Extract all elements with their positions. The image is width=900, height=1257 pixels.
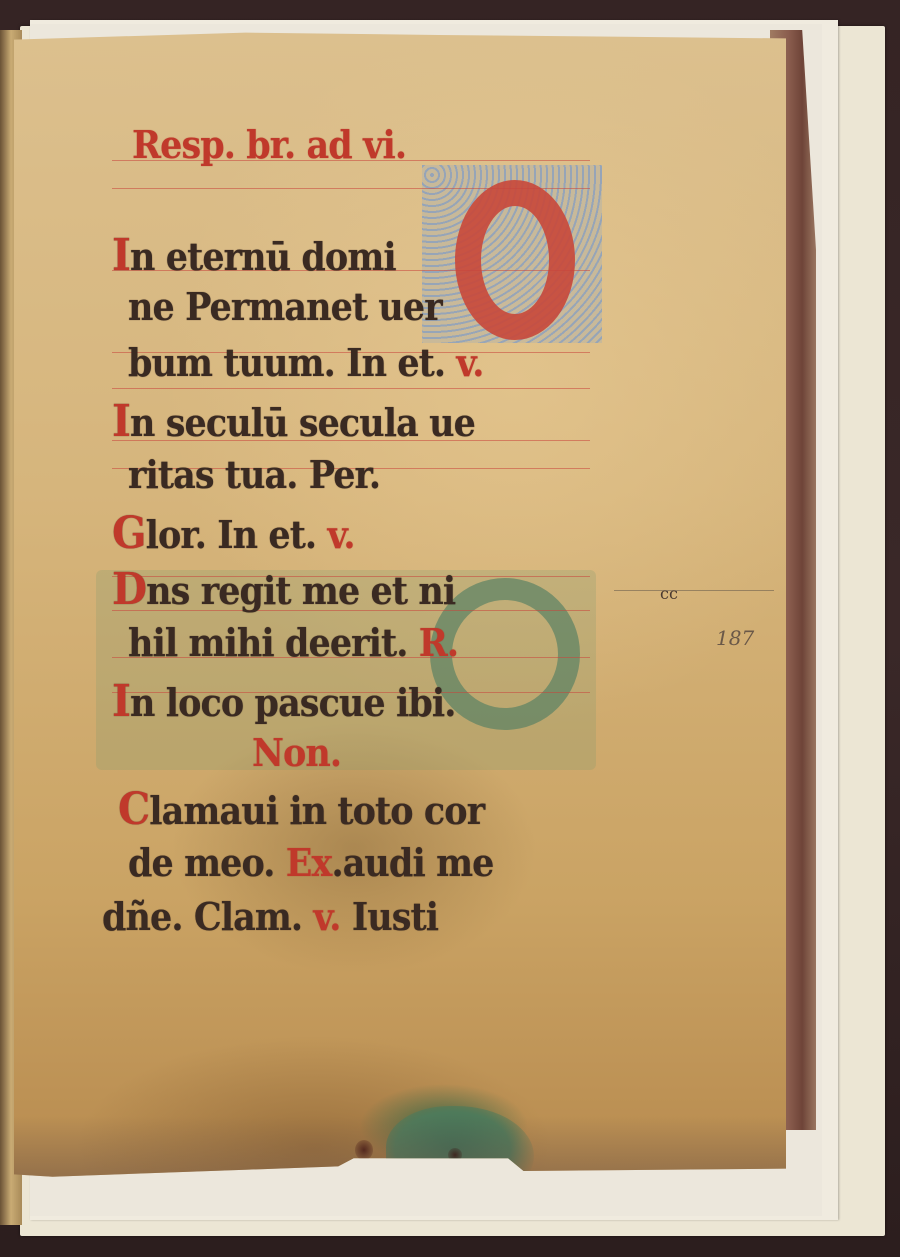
text-line: Dns regit me et ni: [112, 564, 455, 615]
line-text: bum tuum. In et.: [128, 340, 445, 385]
text-line: de meo. Ex.audi me: [128, 840, 493, 885]
line-text: Resp. br. ad vi.: [132, 122, 406, 167]
ruling-line: [112, 388, 590, 389]
line-text: n eternū domi: [130, 234, 396, 279]
line-text: hil mihi deerit.: [128, 620, 408, 665]
rubric-heading: Non.: [252, 730, 341, 775]
rubric-initial: I: [112, 230, 130, 281]
line-text: n loco pascue ibi.: [130, 680, 455, 725]
ruling-line: [112, 188, 590, 189]
line-text: Iusti: [352, 894, 438, 939]
margin-ruling: [614, 590, 774, 591]
line-text: Non.: [252, 730, 341, 775]
line-text: ritas tua. Per.: [128, 452, 380, 497]
text-line: Glor. In et. v.: [112, 508, 355, 559]
rubric-initial: Ex: [286, 840, 332, 885]
text-line: ritas tua. Per.: [128, 452, 380, 497]
rubric-initial: D: [112, 564, 146, 615]
text-line: Clamaui in toto cor: [118, 784, 484, 835]
line-text: lor. In et.: [146, 512, 317, 557]
text-line: ne Permanet uer: [128, 284, 442, 329]
line-text: lamaui in toto cor: [149, 788, 484, 833]
rubric-initial: C: [118, 784, 149, 835]
text-line: hil mihi deerit. R.: [128, 620, 458, 665]
line-text: ne Permanet uer: [128, 284, 442, 329]
versicle-mark: v.: [313, 894, 340, 939]
rubric-initial: I: [112, 676, 130, 727]
text-line: bum tuum. In et. v.: [128, 340, 484, 385]
line-text: n seculū secula ue: [130, 400, 475, 445]
text-line: dñe. Clam. v. Iusti: [102, 894, 438, 939]
marginal-note: cc: [660, 584, 678, 603]
dark-stain: [355, 1140, 373, 1160]
line-text: de meo.: [128, 840, 275, 885]
rubric-initial: G: [112, 508, 146, 559]
text-line: In seculū secula ue: [112, 396, 475, 447]
versicle-mark: v.: [327, 512, 354, 557]
text-block: Resp. br. ad vi. In eternū domi ne Perma…: [112, 112, 592, 942]
folio-number: 187: [716, 626, 754, 650]
response-mark: R.: [419, 620, 458, 665]
rubric-initial: I: [112, 396, 130, 447]
text-line: In eternū domi: [112, 230, 396, 281]
text-line: In loco pascue ibi.: [112, 676, 456, 727]
rubric-heading: Resp. br. ad vi.: [132, 122, 406, 167]
line-text: dñe. Clam.: [102, 894, 302, 939]
line-text: ns regit me et ni: [146, 568, 455, 613]
versicle-mark: v.: [456, 340, 483, 385]
line-text: .audi me: [331, 840, 493, 885]
